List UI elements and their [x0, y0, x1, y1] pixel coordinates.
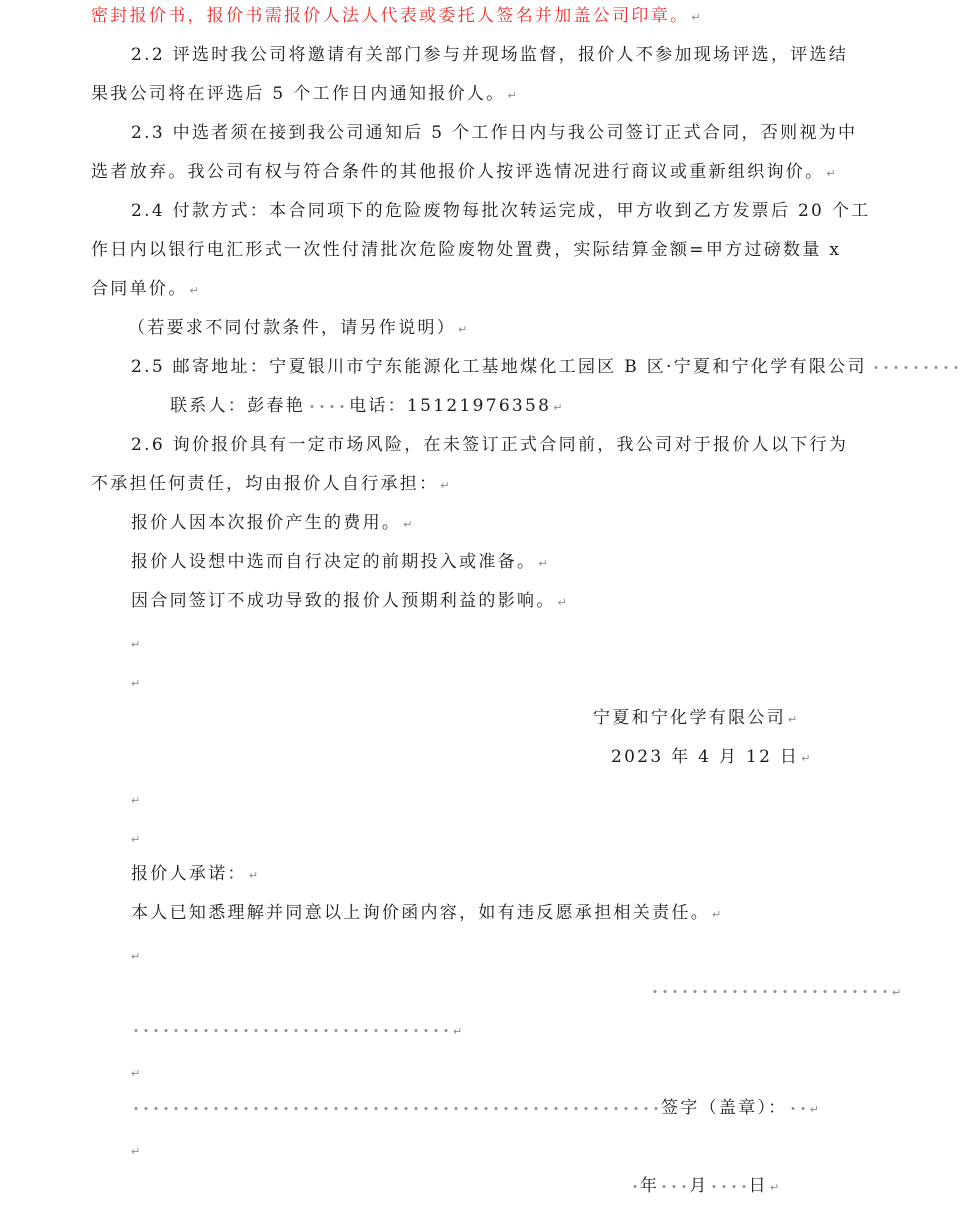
dotted-fill-line-left: ↵ [131, 1011, 462, 1050]
text: 本人已知悉理解并同意以上询价函内容，如有违反愿承担相关责任。 [131, 903, 710, 923]
paragraph-2-6-line1: 2.6 询价报价具有一定市场风险，在未签订正式合同前，我公司对于报价人以下行为 [131, 426, 848, 465]
text: 合同单价。 [91, 279, 188, 299]
text: 作日内以银行电汇形式一次性付清批次危险废物处置费，实际结算金额=甲方过磅数量 x [91, 240, 841, 260]
paragraph-mark-icon: ↵ [553, 401, 562, 414]
text: （若要求不同付款条件，请另作说明） [128, 318, 456, 338]
text: 2.3 中选者须在接到我公司通知后 5 个工作日内与我公司签订正式合同，否则视为… [131, 123, 857, 143]
dot-leader [131, 1107, 661, 1110]
text: 报价人因本次报价产生的费用。 [131, 513, 401, 533]
empty-paragraph-mark-icon: ↵ [131, 781, 140, 820]
document-page: 密封报价书，报价书需报价人法人代表或委托人签名并加盖公司印章。↵ 2.2 评选时… [0, 0, 963, 1222]
commitment-text: 本人已知悉理解并同意以上询价函内容，如有违反愿承担相关责任。↵ [131, 894, 721, 933]
text: 2.6 询价报价具有一定市场风险，在未签订正式合同前，我公司对于报价人以下行为 [131, 435, 848, 455]
paragraph-mark-icon: ↵ [508, 89, 517, 102]
paragraph-sealed-quote: 密封报价书，报价书需报价人法人代表或委托人签名并加盖公司印章。↵ [91, 0, 701, 36]
paragraph-mark-icon: ↵ [458, 323, 467, 336]
day-label: 日 [749, 1176, 768, 1196]
paragraph-2-2-line2: 果我公司将在评选后 5 个工作日内通知报价人。↵ [91, 75, 517, 114]
dot-leader [131, 1029, 451, 1032]
dot-leader [788, 1107, 808, 1110]
paragraph-2-4-line3: 合同单价。↵ [91, 270, 199, 309]
text: 因合同签订不成功导致的报价人预期利益的影响。 [131, 591, 556, 611]
paragraph-mark-icon: ↵ [892, 986, 901, 999]
paragraph-2-5-contact: 联系人：彭春艳电话：15121976358↵ [170, 387, 563, 426]
paragraph-mark-icon: ↵ [826, 167, 835, 180]
paragraph-mark-icon: ↵ [538, 557, 547, 570]
text: 密封报价书，报价书需报价人法人代表或委托人签名并加盖公司印章。 [91, 6, 689, 26]
issue-date: 2023 年 4 月 12 日↵ [611, 738, 810, 777]
paragraph-mark-icon: ↵ [453, 1025, 462, 1038]
list-item-expected-benefit: 因合同签订不成功导致的报价人预期利益的影响。↵ [131, 582, 567, 621]
paragraph-mark-icon: ↵ [190, 284, 199, 297]
text: 报价人承诺： [131, 864, 247, 884]
text: 选者放弃。我公司有权与符合条件的其他报价人按评选情况进行商议或重新组织询价。 [91, 162, 824, 182]
signature-line: 签字（盖章）：↵ [131, 1089, 819, 1128]
empty-paragraph-mark-icon: ↵ [131, 625, 140, 664]
text: 2.4 付款方式：本合同项下的危险废物每批次转运完成，甲方收到乙方发票后 20 … [131, 201, 870, 221]
paragraph-2-5-address: 2.5 邮寄地址：宁夏银川市宁东能源化工基地煤化工园区 B 区·宁夏和宁化学有限… [131, 348, 961, 387]
empty-paragraph-mark-icon: ↵ [131, 664, 140, 703]
paragraph-2-3-line1: 2.3 中选者须在接到我公司通知后 5 个工作日内与我公司签订正式合同，否则视为… [131, 114, 857, 153]
dot-leader [630, 1185, 640, 1188]
contact-name: 联系人：彭春艳 [170, 396, 305, 416]
signature-label: 签字（盖章）： [661, 1098, 788, 1118]
month-label: 月 [689, 1176, 708, 1196]
list-item-cost: 报价人因本次报价产生的费用。↵ [131, 504, 412, 543]
paragraph-2-4-line2: 作日内以银行电汇形式一次性付清批次危险废物处置费，实际结算金额=甲方过磅数量 x [91, 231, 841, 270]
paragraph-mark-icon: ↵ [712, 908, 721, 921]
paragraph-2-6-line2: 不承担任何责任，均由报价人自行承担：↵ [91, 465, 450, 504]
paragraph-2-4-line1: 2.4 付款方式：本合同项下的危险废物每批次转运完成，甲方收到乙方发票后 20 … [131, 192, 870, 231]
paragraph-mark-icon: ↵ [810, 1103, 819, 1116]
paragraph-mark-icon: ↵ [440, 479, 449, 492]
empty-paragraph-mark-icon: ↵ [131, 1132, 140, 1171]
dot-leader [650, 990, 890, 993]
paragraph-2-3-line2: 选者放弃。我公司有权与符合条件的其他报价人按评选情况进行商议或重新组织询价。↵ [91, 153, 836, 192]
paragraph-mark-icon: ↵ [249, 869, 258, 882]
sign-date-line: 年月日↵ [630, 1167, 779, 1206]
paragraph-2-2-line1: 2.2 评选时我公司将邀请有关部门参与并现场监督，报价人不参加现场评选，评选结 [131, 36, 848, 75]
company-name: 宁夏和宁化学有限公司↵ [593, 699, 797, 738]
paragraph-mark-icon: ↵ [788, 713, 797, 726]
empty-paragraph-mark-icon: ↵ [131, 1054, 140, 1093]
text: 果我公司将在评选后 5 个工作日内通知报价人。 [91, 84, 506, 104]
text: 宁夏和宁化学有限公司 [593, 708, 786, 728]
dot-leader [709, 1185, 749, 1188]
paragraph-payment-note: （若要求不同付款条件，请另作说明）↵ [128, 309, 467, 348]
text: 2.5 邮寄地址：宁夏银川市宁东能源化工基地煤化工园区 B 区·宁夏和宁化学有限… [131, 357, 867, 377]
paragraph-mark-icon: ↵ [691, 11, 700, 24]
commitment-title: 报价人承诺：↵ [131, 855, 258, 894]
text: 不承担任何责任，均由报价人自行承担： [91, 474, 438, 494]
dot-leader [307, 405, 347, 408]
paragraph-mark-icon: ↵ [801, 752, 810, 765]
list-item-investment: 报价人设想中选而自行决定的前期投入或准备。↵ [131, 543, 548, 582]
paragraph-mark-icon: ↵ [403, 518, 412, 531]
text: 2.2 评选时我公司将邀请有关部门参与并现场监督，报价人不参加现场评选，评选结 [131, 45, 848, 65]
text: 2023 年 4 月 12 日 [611, 747, 799, 767]
text: 报价人设想中选而自行决定的前期投入或准备。 [131, 552, 536, 572]
paragraph-mark-icon: ↵ [558, 596, 567, 609]
dot-leader [659, 1185, 689, 1188]
dotted-fill-line-right: ↵ [650, 972, 901, 1011]
contact-phone: 电话：15121976358 [349, 396, 551, 416]
year-label: 年 [640, 1176, 659, 1196]
paragraph-mark-icon: ↵ [770, 1181, 779, 1194]
empty-paragraph-mark-icon: ↵ [131, 820, 140, 859]
dot-leader [871, 366, 961, 369]
empty-paragraph-mark-icon: ↵ [131, 937, 140, 976]
